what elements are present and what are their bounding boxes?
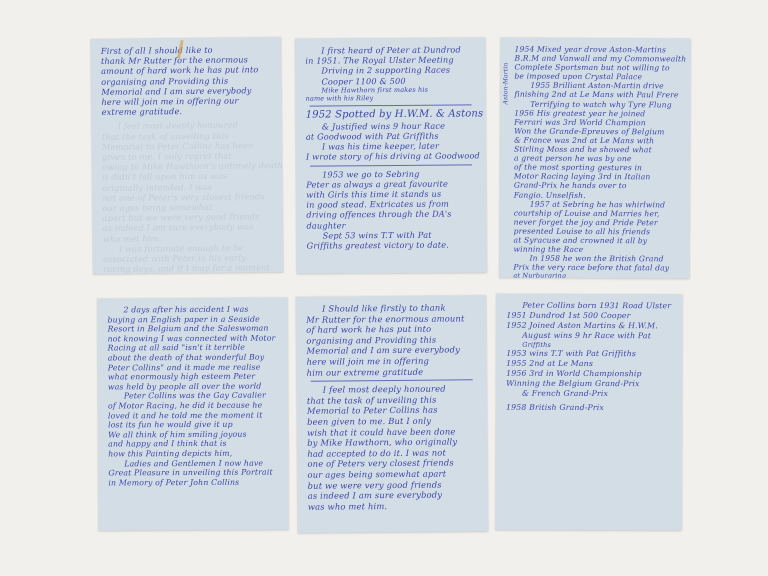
card-line: 1956 His greatest year he joined bbox=[514, 108, 680, 118]
card-line: name with his Riley bbox=[306, 93, 476, 102]
card-line: Fangio. Unselfish. bbox=[514, 190, 680, 200]
divider bbox=[310, 164, 472, 166]
card-line: & French Grand-Prix bbox=[506, 389, 672, 400]
card-line: Winning the Belgium Grand-Prix bbox=[506, 379, 672, 390]
card-line: Driving in 2 supporting Races bbox=[305, 65, 475, 76]
card-line: of Motor Racing, he did it because he bbox=[108, 400, 278, 410]
card-line: not knowing I was connected with Motor bbox=[108, 333, 278, 343]
card-line: Memorial and I am sure everybody bbox=[306, 345, 476, 357]
card-line: Griffiths greatest victory to date. bbox=[307, 239, 477, 250]
card-line: 1958 British Grand-Prix bbox=[506, 403, 672, 414]
card-line: was who met him. bbox=[308, 500, 478, 512]
card-line: by Mike Hawthorn, who originally bbox=[307, 436, 477, 448]
divider bbox=[310, 104, 472, 106]
note-card-3: Aston-Martin 1954 Mixed year drove Aston… bbox=[499, 38, 690, 279]
card-line: Peter Collins born 1931 Road Ulster bbox=[506, 301, 672, 312]
card-line: 1951 Dundrod 1st 500 Cooper bbox=[506, 311, 672, 322]
card-line: driving offences through the DA's bbox=[306, 209, 476, 220]
divider bbox=[311, 379, 473, 381]
card-line: at Nurburgring bbox=[513, 272, 679, 279]
note-card-6: Peter Collins born 1931 Road Ulster 1951… bbox=[496, 294, 683, 531]
note-card-1: First of all I should like to thank Mr R… bbox=[91, 37, 283, 274]
card-line: about the death of that wonderful Boy bbox=[108, 353, 278, 363]
card-line: 1957 at Sebring he has whirlwind bbox=[514, 199, 680, 209]
card-line: Resort in Belgium and the Saleswoman bbox=[108, 324, 278, 334]
card-line: finishing 2nd at Le Mans with Paul Frere bbox=[514, 90, 680, 100]
card-line: 1952 Spotted by H.W.M. & Astons Martin bbox=[306, 108, 476, 121]
margin-note: Aston-Martin bbox=[501, 63, 510, 105]
card-line: 1952 Joined Aston Martins & H.W.M. bbox=[506, 321, 672, 332]
card-line: in Memory of Peter John Collins bbox=[108, 477, 278, 487]
card-line: 1956 3rd in World Championship bbox=[506, 369, 672, 380]
note-card-2: I first heard of Peter at Dundrod in 195… bbox=[295, 37, 487, 273]
card-line: what enormously high esteem Peter bbox=[108, 372, 278, 382]
card-line: August wins 9 hr Race with Pat bbox=[506, 331, 672, 342]
card-line: Grand-Prix he hands over to bbox=[514, 181, 680, 191]
card-line: Mr Rutter for the enormous amount bbox=[306, 313, 476, 325]
card-line: one of Peters very closest friends bbox=[307, 458, 477, 470]
card-line: 1955 2nd at Le Mans bbox=[506, 359, 672, 370]
note-card-4: 2 days after his accident I was buying a… bbox=[97, 298, 288, 531]
card-line: loved it and he told me the moment it bbox=[108, 410, 278, 420]
note-card-5: I Should like firstly to thank Mr Rutter… bbox=[296, 295, 488, 533]
card-line: Great Pleasure in unveiling this Portrai… bbox=[108, 468, 278, 478]
card-line: him our extreme gratitude bbox=[307, 366, 477, 378]
card-line-faint: as indeed I am sure everybody was bbox=[103, 222, 273, 234]
card-line: amount of hard work he has put into bbox=[101, 65, 271, 77]
card-line: Terrifying to watch why Tyre Flung bbox=[514, 99, 680, 109]
card-line: I wrote story of his driving at Goodwood bbox=[306, 151, 476, 162]
card-line: 1953 wins T.T with Pat Griffiths bbox=[506, 349, 672, 360]
